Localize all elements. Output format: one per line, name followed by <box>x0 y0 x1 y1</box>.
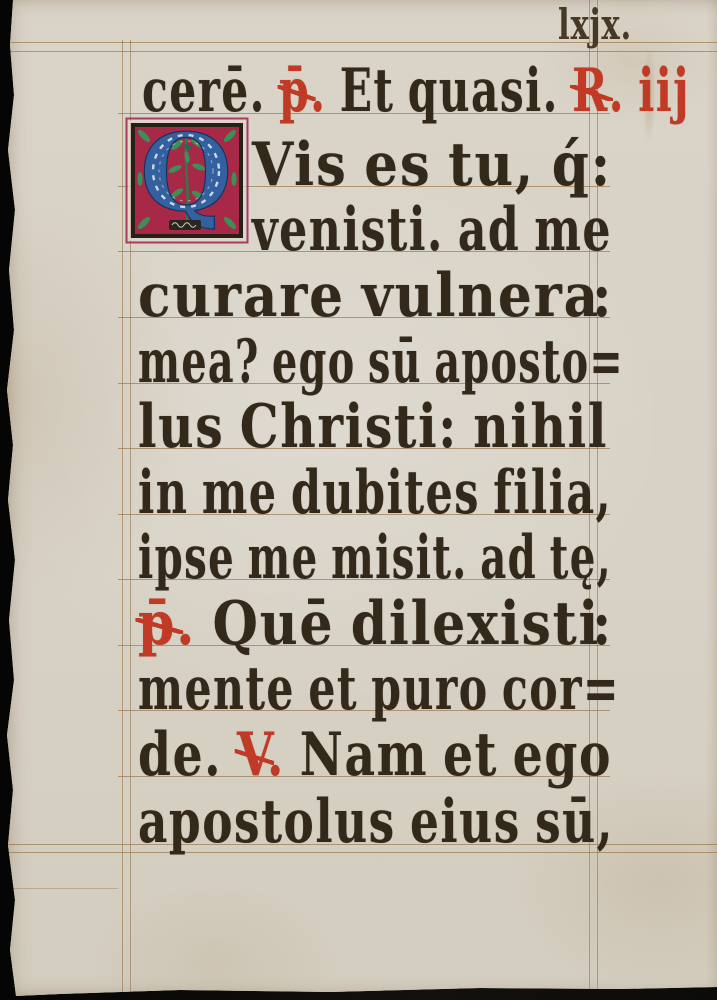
manuscript-line: lus Christi: nihil <box>138 397 608 457</box>
manuscript-line: p̄. Quē dilexisti: <box>138 594 600 654</box>
text-segment: iij <box>638 56 690 126</box>
responsory-mark: R. <box>572 61 625 121</box>
initial-banner <box>169 220 201 230</box>
text-segment: de. <box>138 720 222 790</box>
folio-number: lxjx. <box>558 4 632 46</box>
text-segment: mea? ego sū aposto= <box>138 327 624 397</box>
presa-mark: p̄. <box>138 594 196 654</box>
text-segment: Vis es tu, q́: <box>252 130 612 200</box>
text-segment: Nam et ego <box>300 720 612 790</box>
text-segment: venisti. ad me <box>252 195 612 265</box>
manuscript-line: Vis es tu, q́: <box>252 135 612 195</box>
text-segment: lus Christi: nihil <box>138 392 608 462</box>
presa-mark: p̄. <box>279 61 326 121</box>
ruling-line-h <box>0 51 717 52</box>
parchment-sheet: lxjx. <box>0 0 717 1000</box>
text-segment: mente et puro cor= <box>138 654 620 724</box>
manuscript-line: curare vulnera: <box>138 266 600 326</box>
text-segment: Et quasi. <box>340 56 559 126</box>
manuscript-line: in me dubites filia, <box>138 463 612 523</box>
illuminated-initial-block: Q <box>125 117 249 244</box>
text-segment: cerē. <box>142 56 266 126</box>
versicle-mark: V. <box>237 725 285 785</box>
manuscript-line: venisti. ad me <box>252 200 612 260</box>
text-segment: ipse me misit. ad tę, <box>138 523 612 593</box>
text-segment: : <box>592 594 613 654</box>
text-segment: apostolus eius sū, <box>138 787 614 857</box>
manuscript-line: mea? ego sū aposto= <box>138 332 624 392</box>
ruling-line-v <box>122 40 123 1000</box>
manuscript-line: ipse me misit. ad tę, <box>138 528 612 588</box>
manuscript-line: de. V. Nam et ego <box>138 725 612 785</box>
text-segment: : <box>592 266 614 326</box>
manuscript-line: cerē. p̄. Et quasi. R. iij <box>142 61 690 121</box>
manuscript-line: apostolus eius sū, <box>138 792 614 852</box>
text-segment: in me dubites filia, <box>138 458 612 528</box>
illuminated-initial-art: Q <box>125 117 249 244</box>
manuscript-line: mente et puro cor= <box>138 659 620 719</box>
ruling-line-h <box>0 888 118 889</box>
text-segment: curare vulnera <box>138 261 600 331</box>
text-segment: Quē dilexisti <box>213 589 600 659</box>
